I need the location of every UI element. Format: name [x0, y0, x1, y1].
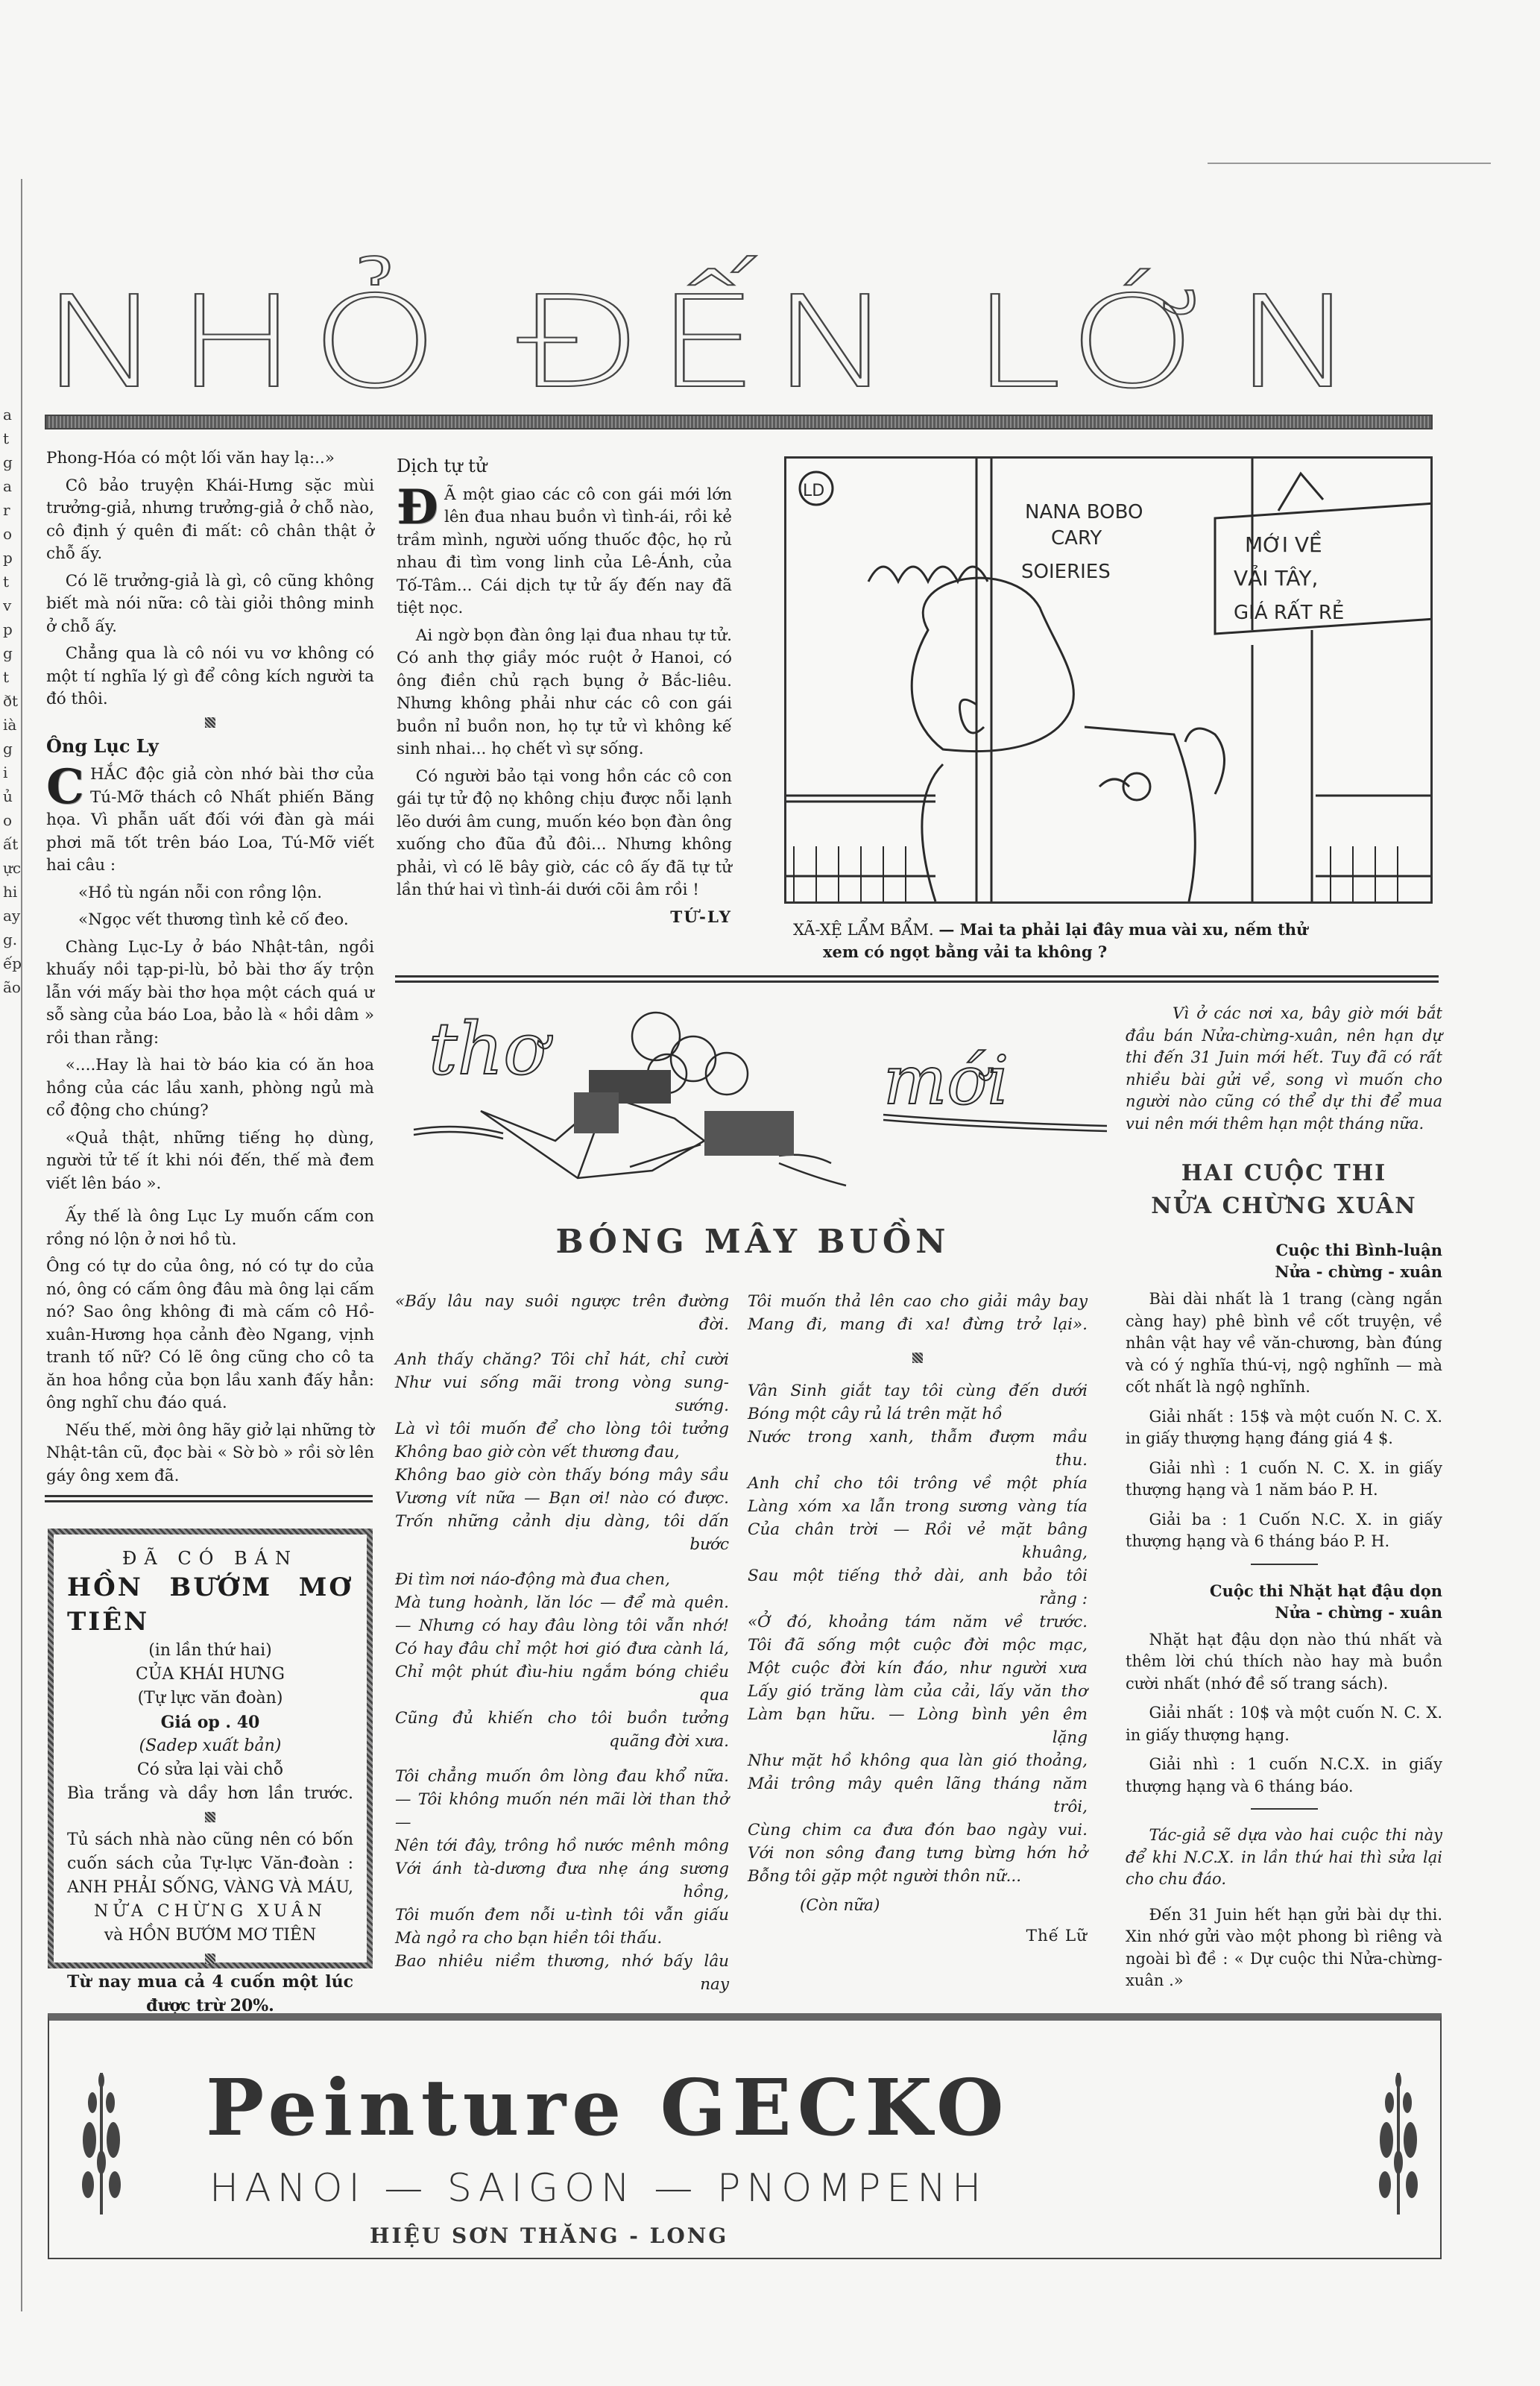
ad-line: Có sửa lại vài chỗ: [67, 1758, 353, 1782]
masthead-title: NHỎ ĐẾN LỚN: [41, 287, 1540, 399]
ornament-icon: [205, 1954, 215, 1964]
gecko-paint-advertisement: Peinture GECKO HANOI — SAIGON — PNOMPENH…: [48, 2013, 1442, 2259]
margin-fragment: hi: [3, 880, 22, 904]
column-2-article: Dịch tự tử ĐÃ một giao các cô con gái mớ…: [397, 447, 732, 929]
poem-line: Chỉ một phút đìu-hiu ngắm bóng chiều: [395, 1661, 729, 1684]
paragraph: ĐÃ một giao các cô con gái mới lớn lên đ…: [397, 484, 732, 620]
poem-line: Bóng một cây rủ lá trên mặt hồ: [748, 1403, 1088, 1426]
poem-line: bước: [395, 1533, 729, 1556]
poem-line: Lấy gió trăng làm của cải, lấy văn thơ: [748, 1680, 1088, 1703]
ad-line: (Tự lực văn đoàn): [67, 1687, 353, 1710]
poem-line: Như vui sống mãi trong vòng sung-: [395, 1371, 729, 1394]
margin-fragment: p: [3, 617, 22, 641]
paragraph: Có lẽ trưởng-giả là gì, cô cũng không bi…: [46, 570, 374, 639]
margin-fragment: g.: [3, 928, 22, 951]
poem-line: lặng: [748, 1726, 1088, 1749]
margin-fragment: ðt: [3, 689, 22, 713]
poem-line: thu.: [748, 1449, 1088, 1472]
poem-line: Với non sông đang tưng bừng hớn hở: [748, 1842, 1088, 1865]
ad-line: CỦA KHÁI HƯNG: [67, 1663, 353, 1687]
contest-1-rules: Bài dài nhất là 1 trang (càng ngắn càng …: [1126, 1288, 1442, 1399]
deadline-note: Đến 31 Juin hết hạn gửi bài dự thi. Xin …: [1126, 1904, 1442, 1992]
poem-line: Trốn những cảnh dịu dàng, tôi dấn: [395, 1510, 729, 1533]
ad-line: (Sadep xuất bản): [67, 1734, 353, 1758]
poem-line: — Nhưng có hay đâu lòng tôi vẫn nhớ!: [395, 1614, 729, 1637]
margin-fragment: ià: [3, 713, 22, 737]
ornament-icon: [205, 1812, 215, 1822]
svg-text:thơ: thơ: [429, 1007, 552, 1091]
contest-2-rules: Nhặt hạt đậu dọn nào thú nhất và thêm lờ…: [1126, 1629, 1442, 1696]
poem-line: đời.: [395, 1313, 729, 1336]
margin-fragment: t: [3, 665, 22, 689]
poem-line: Đi tìm nơi náo-động mà đua chen,: [395, 1568, 729, 1591]
paragraph: «Quả thật, những tiếng họ dùng, người tử…: [46, 1127, 374, 1196]
margin-fragment: a: [3, 474, 22, 498]
paragraph: Chàng Lục-Ly ở báo Nhật-tân, ngồi khuấy …: [46, 937, 374, 1051]
poem-line: quãng đời xưa.: [395, 1730, 729, 1753]
svg-text:MỚI VỀ: MỚI VỀ: [1245, 529, 1322, 557]
paragraph: Chẳng qua là cô nói vu vơ không có một t…: [46, 643, 374, 711]
margin-fragment: o: [3, 522, 22, 546]
section-title: Ông Lục Ly: [46, 735, 374, 758]
margin-fragment: a: [3, 403, 22, 426]
caption-speaker: XÃ-XỆ LẨM BẨM.: [793, 921, 934, 939]
cartoon-drawing-icon: NANA BOBO CARY SOIERIES MỚI VỀ VẢI TÂY, …: [786, 459, 1430, 901]
cartoon-illustration: NANA BOBO CARY SOIERIES MỚI VỀ VẢI TÂY, …: [784, 456, 1433, 904]
ad-line: và HỒN BƯỚM MƠ TIÊN: [67, 1924, 353, 1948]
margin-fragment: g: [3, 737, 22, 761]
dropcap: Đ: [397, 487, 438, 529]
prize: Giải nhì : 1 cuốn N. C. X. in giấy thượn…: [1126, 1458, 1442, 1502]
margin-fragment: ực: [3, 856, 22, 880]
contest-announcement: Vì ở các nơi xa, bây giờ mới bắt đầu bán…: [1126, 1003, 1442, 2000]
poem-line: rằng :: [748, 1587, 1088, 1611]
poem-line: Cũng đủ khiến cho tôi buồn tưởng: [395, 1707, 729, 1730]
ad-price: Giá op . 40: [67, 1710, 353, 1734]
margin-fragment: ếp: [3, 951, 22, 975]
divider: [395, 975, 1439, 983]
poem-author: Thế Lữ: [748, 1924, 1088, 1948]
caption-text: — Mai ta phải lại đây mua vài xu, nếm th…: [938, 920, 1307, 939]
margin-fragment: ủ: [3, 784, 22, 808]
caption-text: xem có ngọt bằng vải ta không ?: [793, 941, 1433, 963]
prize: Giải nhì : 1 cuốn N.C.X. in giấy thượng …: [1126, 1754, 1442, 1798]
svg-text:mới: mới: [883, 1042, 1009, 1120]
ad-line: Tủ sách nhà nào cũng nên có bốn: [67, 1828, 353, 1852]
ad-line: NỬA CHỪNG XUÂN: [67, 1900, 353, 1924]
masthead: NHỎ ĐẾN LỚN: [41, 287, 1442, 399]
poem-line: nay: [395, 1973, 729, 1996]
ad-offer: Từ nay mua cả 4 cuốn một lúc: [67, 1970, 353, 1994]
scan-edge: [1208, 163, 1491, 164]
paragraph: Ai ngờ bọn đàn ông lại đua nhau tự tử. C…: [397, 625, 732, 761]
section-ornament-icon: [205, 717, 215, 728]
poem-line: Có hay đâu chỉ một hơi gió đưa cành lá,: [395, 1637, 729, 1661]
ad-line: cuốn sách của Tự-lực Văn-đoàn :: [67, 1852, 353, 1876]
ad-book-title: HỒN BƯỚM MƠ TIÊN: [67, 1570, 353, 1639]
contest-heading: HAI CUỘC THI NỬA CHỪNG XUÂN: [1126, 1157, 1442, 1223]
column-1-article: Phong-Hóa có một lối văn hay lạ:..» Cô b…: [46, 447, 374, 1492]
quote-line: «Hồ tù ngán nỗi con rồng lộn.: [46, 882, 374, 905]
divider: [1251, 1808, 1318, 1810]
poem-line: Mà tung hoành, lăn lóc — để mà quên.: [395, 1591, 729, 1614]
continued-note: (Còn nữa): [748, 1894, 1088, 1917]
margin-fragment: g: [3, 450, 22, 474]
paragraph: Ông có tự do của ông, nó có tự do của nó…: [46, 1256, 374, 1415]
poem-line: «Ở đó, khoảng tám năm về trước.: [748, 1611, 1088, 1634]
poem-line: Làm bạn hữu. — Lòng bình yên êm: [748, 1703, 1088, 1726]
poem-line: Mải trông mây quên lãng tháng năm: [748, 1772, 1088, 1795]
author-note: Tác-giả sẽ dựa vào hai cuộc thi này để k…: [1126, 1825, 1442, 1891]
prize: Giải ba : 1 Cuốn N.C. X. in giấy thượng …: [1126, 1509, 1442, 1553]
margin-fragment: v: [3, 594, 22, 617]
poem-title: BÓNG MÂY BUỒN: [388, 1223, 1118, 1261]
margin-fragment: t: [3, 426, 22, 450]
gecko-shop-name: HIỆU SƠN THĂNG - LONG: [370, 2223, 728, 2248]
poem-line: Tôi chẳng muốn ôm lòng đau khổ nữa.: [395, 1765, 729, 1788]
floral-ornament-icon: [79, 2065, 124, 2215]
svg-text:GIÁ RẤT RẺ: GIÁ RẤT RẺ: [1234, 598, 1344, 624]
cartoon-caption: XÃ-XỆ LẨM BẨM. — Mai ta phải lại đây mua…: [784, 919, 1433, 963]
poem-line: Của chân trời — Rồi vẻ mặt bâng: [748, 1518, 1088, 1541]
paragraph: «....Hay là hai tờ báo kia có ăn hoa hồn…: [46, 1054, 374, 1123]
margin-fragment: ão: [3, 975, 22, 999]
ad-line: ĐÃ CÓ BÁN: [67, 1546, 353, 1570]
gecko-cities: HANOI — SAIGON — PNOMPENH: [209, 2166, 987, 2211]
margin-fragment: ất: [3, 832, 22, 856]
poem-line: Không bao giờ còn thấy bóng mây sầu: [395, 1464, 729, 1487]
poem-column-1: «Bấy lâu nay suôi ngược trên đườngđời.An…: [395, 1290, 729, 1996]
poem-line: Bao nhiêu niềm thương, nhớ bấy lâu: [395, 1950, 729, 1973]
svg-text:CARY: CARY: [1051, 527, 1102, 550]
poem-line: hồng,: [395, 1880, 729, 1904]
book-and-flowers-illustration-icon: thơ mới: [406, 992, 1107, 1208]
poem-line: Tôi muốn thả lên cao cho giải mây bay: [748, 1290, 1088, 1313]
svg-text:NANA BOBO: NANA BOBO: [1025, 501, 1143, 523]
paragraph: Cô bảo truyện Khái-Hưng sặc mùi trưởng-g…: [46, 475, 374, 566]
margin-fragment: o: [3, 808, 22, 832]
poem-line: Như mặt hồ không qua làn gió thoảng,: [748, 1749, 1088, 1772]
book-advertisement: ĐÃ CÓ BÁN HỒN BƯỚM MƠ TIÊN (in lần thứ h…: [48, 1529, 373, 1968]
ad-line: Bìa trắng và dầy hơn lần trước.: [67, 1782, 353, 1806]
margin-fragment: g: [3, 641, 22, 665]
paragraph: Có người bảo tại vong hồn các cô con gái…: [397, 766, 732, 902]
poem-line: Vương vít nữa — Bạn ơi! nào có được.: [395, 1487, 729, 1510]
poem-line: Một cuộc đời kín đáo, như người xưa: [748, 1657, 1088, 1680]
poem-line: Sau một tiếng thở dài, anh bảo tôi: [748, 1564, 1088, 1587]
poem-line: khuâng,: [748, 1541, 1088, 1564]
ad-line: ANH PHẢI SỐNG, VÀNG VÀ MÁU,: [67, 1876, 353, 1900]
section-title: Dịch tự tử: [397, 455, 732, 478]
poem-line: Mang đi, mang đi xa! đừng trở lại».: [748, 1313, 1088, 1336]
margin-fragment: t: [3, 570, 22, 594]
paragraph: CHẮC độc giả còn nhớ bài thơ của Tú-Mỡ t…: [46, 764, 374, 878]
margin-fragment: i: [3, 761, 22, 784]
margin-fragment: ay: [3, 904, 22, 928]
dropcap: C: [46, 767, 84, 808]
margin-fragment: p: [3, 546, 22, 570]
poem-line: Mà ngỏ ra cho bạn hiền tôi thấu.: [395, 1927, 729, 1950]
svg-text:LD: LD: [803, 482, 824, 500]
stanza-gap: [395, 1336, 729, 1348]
contest-1-title: Cuộc thi Bình-luận Nửa - chừng - xuân: [1126, 1239, 1442, 1282]
poem-line: «Bấy lâu nay suôi ngược trên đường: [395, 1290, 729, 1313]
adjacent-page-fragments: atgaroptvpgtðtiàgiủoấtựchiayg.ếpão: [3, 403, 22, 999]
poem-line: Tôi muốn đem nỗi u-tình tôi vẫn giấu: [395, 1904, 729, 1927]
prize: Giải nhất : 15$ và một cuốn N. C. X. in …: [1126, 1406, 1442, 1450]
poem-line: Cùng chim ca đưa đón bao ngày vui.: [748, 1819, 1088, 1842]
stanza-gap: [395, 1753, 729, 1765]
poem-line: Tôi đã sống một cuộc đời mộc mạc,: [748, 1634, 1088, 1657]
poem-line: Không bao giờ còn vết thương đau,: [395, 1441, 729, 1464]
gecko-brand-title: Peinture GECKO: [206, 2062, 1010, 2153]
poem-line: Nước trong xanh, thẫm đượm mầu: [748, 1426, 1088, 1449]
poem-line: Anh chỉ cho tôi trông về một phía: [748, 1472, 1088, 1495]
poem-line: Là vì tôi muốn để cho lòng tôi tưởng: [395, 1417, 729, 1441]
poem-line: — Tôi không muốn nén mãi lời than thở —: [395, 1788, 729, 1834]
svg-text:VẢI TÂY,: VẢI TÂY,: [1234, 564, 1318, 591]
poem-line: trôi,: [748, 1795, 1088, 1819]
margin-fragment: r: [3, 498, 22, 522]
poem-line: qua: [395, 1684, 729, 1707]
poem-line: Với ánh tà-dương đưa nhẹ áng sương: [395, 1857, 729, 1880]
poem-column-2: Tôi muốn thả lên cao cho giải mây bayMan…: [748, 1290, 1088, 1948]
poem-line: Anh thấy chăng? Tôi chỉ hát, chỉ cười: [395, 1348, 729, 1371]
stanza-ornament-icon: [912, 1353, 923, 1363]
ad-line: (in lần thứ hai): [67, 1639, 353, 1663]
paragraph: Ấy thế là ông Lục Ly muốn cấm con rồng n…: [46, 1206, 374, 1251]
divider: [45, 1495, 373, 1502]
quote-line: «Ngọc vết thương tình kẻ cố đeo.: [46, 909, 374, 932]
poem-line: sướng.: [395, 1394, 729, 1417]
svg-text:SOIERIES: SOIERIES: [1021, 561, 1111, 583]
masthead-rule: [45, 415, 1433, 429]
poem-line: Bỗng tôi gặp một người thôn nữ...: [748, 1865, 1088, 1888]
poem-line: Nên tới đây, trông hồ nước mênh mông: [395, 1834, 729, 1857]
divider: [1251, 1564, 1318, 1565]
floral-ornament-icon: [1376, 2065, 1421, 2215]
contest-2-title: Cuộc thi Nhặt hạt đậu dọn Nửa - chừng - …: [1126, 1580, 1442, 1623]
paragraph: Phong-Hóa có một lối văn hay lạ:..»: [46, 447, 374, 470]
signature: TỨ-LY: [670, 907, 732, 930]
prize: Giải nhất : 10$ và một cuốn N. C. X. in …: [1126, 1702, 1442, 1746]
poetry-section-header: thơ mới: [406, 992, 1107, 1208]
poem-line: Làng xóm xa lẫn trong sương vàng tía: [748, 1495, 1088, 1518]
poem-line: Vân Sinh giắt tay tôi cùng đến dưới: [748, 1379, 1088, 1403]
paragraph: Nếu thế, mời ông hãy giở lại những tờ Nh…: [46, 1420, 374, 1488]
stanza-gap: [395, 1556, 729, 1568]
contest-note: Vì ở các nơi xa, bây giờ mới bắt đầu bán…: [1126, 1003, 1442, 1135]
